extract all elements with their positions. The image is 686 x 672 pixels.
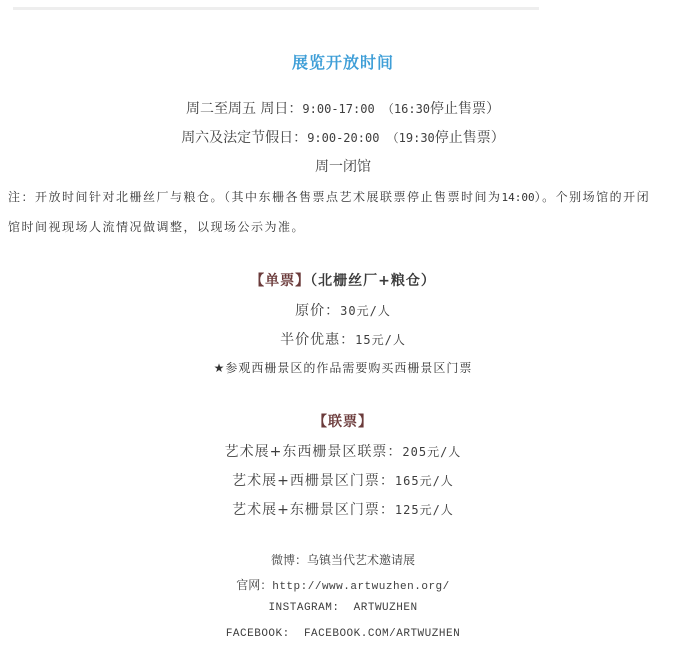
xizha-ticket-note: ★参观西栅景区的作品需要购买西栅景区门票 bbox=[0, 359, 686, 376]
hours-weekend-time: 9:00-20:00 （19:30 bbox=[307, 131, 435, 145]
combo-item-label: 艺术展+西栅景区门票： bbox=[232, 473, 395, 489]
note-line-1-prefix: 注：开放时间针对北栅丝厂与粮仓。（其中东栅各售票点艺术展联票停止售票时间为 bbox=[8, 190, 502, 204]
page-title: 展览开放时间 bbox=[0, 50, 686, 73]
hours-weekday-time: 9:00-17:00 （16:30 bbox=[302, 102, 430, 116]
combo-item-value: 205元/人 bbox=[402, 445, 461, 459]
original-price: 原价：30元/人 bbox=[0, 300, 686, 320]
website-link[interactable]: http://www.artwuzhen.org/ bbox=[272, 581, 450, 593]
combo-item: 艺术展+东栅景区门票：125元/人 bbox=[0, 499, 686, 519]
original-price-value: 30元/人 bbox=[340, 304, 391, 318]
combo-item-label: 艺术展+东栅景区门票： bbox=[232, 502, 395, 518]
website-line: 官网：http://www.artwuzhen.org/ bbox=[0, 576, 686, 593]
note-line-1: 注：开放时间针对北栅丝厂与粮仓。（其中东栅各售票点艺术展联票停止售票时间为14:… bbox=[8, 188, 678, 205]
combo-ticket-bracket: 【联票】 bbox=[313, 414, 373, 430]
single-ticket-heading: 【单票】（北栅丝厂+粮仓） bbox=[0, 270, 686, 290]
weibo-label: 微博： bbox=[271, 553, 307, 567]
note-line-2: 馆时间视现场人流情况做调整，以现场公示为准。 bbox=[8, 218, 678, 235]
half-price-value: 15元/人 bbox=[355, 333, 406, 347]
hours-weekday-suffix: 停止售票） bbox=[430, 101, 500, 117]
hours-weekend-label: 周六及法定节假日： bbox=[181, 130, 307, 146]
hours-closed: 周一闭馆 bbox=[0, 156, 686, 176]
single-ticket-bracket: 【单票】 bbox=[250, 273, 310, 289]
original-price-label: 原价： bbox=[295, 303, 340, 319]
website-label: 官网： bbox=[236, 578, 272, 592]
combo-item-value: 125元/人 bbox=[395, 503, 454, 517]
half-price-label: 半价优惠： bbox=[280, 332, 355, 348]
combo-item-label: 艺术展+东西栅景区联票： bbox=[225, 444, 403, 460]
facebook-line[interactable]: FACEBOOK: FACEBOOK.COM/ARTWUZHEN bbox=[0, 628, 686, 640]
weibo-account[interactable]: 乌镇当代艺术邀请展 bbox=[307, 553, 415, 567]
hours-weekend-suffix: 停止售票） bbox=[435, 130, 505, 146]
combo-ticket-heading: 【联票】 bbox=[0, 411, 686, 431]
combo-item: 艺术展+西栅景区门票：165元/人 bbox=[0, 470, 686, 490]
instagram-line[interactable]: INSTAGRAM: ARTWUZHEN bbox=[0, 602, 686, 614]
hours-weekend: 周六及法定节假日：9:00-20:00 （19:30停止售票） bbox=[0, 127, 686, 147]
combo-item: 艺术展+东西栅景区联票：205元/人 bbox=[0, 441, 686, 461]
single-ticket-venue: （北栅丝厂+粮仓） bbox=[310, 273, 436, 289]
combo-item-value: 165元/人 bbox=[395, 474, 454, 488]
note-line-1-time: 14:00 bbox=[502, 191, 535, 204]
hours-weekday-label: 周二至周五 周日： bbox=[186, 101, 302, 117]
note-line-1-suffix: ）。个别场馆的开闭 bbox=[535, 190, 651, 204]
weibo-line: 微博：乌镇当代艺术邀请展 bbox=[0, 551, 686, 568]
top-divider bbox=[13, 7, 539, 10]
hours-weekday: 周二至周五 周日：9:00-17:00 （16:30停止售票） bbox=[0, 98, 686, 118]
half-price: 半价优惠：15元/人 bbox=[0, 329, 686, 349]
